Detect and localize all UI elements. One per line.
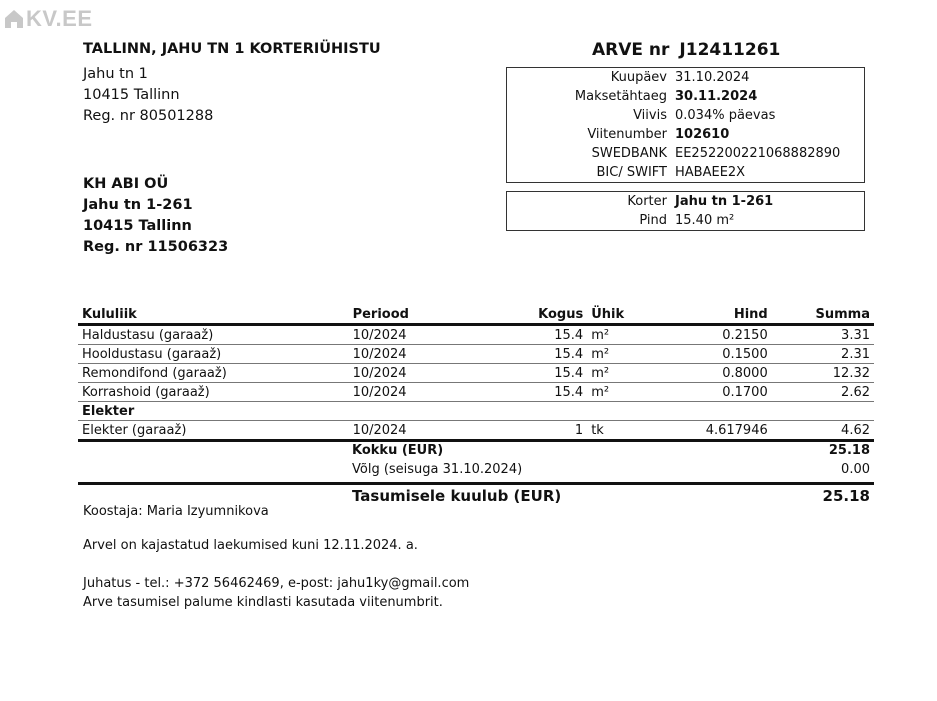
details-value: EE252200221068882890 xyxy=(675,144,864,163)
property-label: Pind xyxy=(507,211,675,230)
details-value: HABAEE2X xyxy=(675,163,864,182)
cell-period: 10/2024 xyxy=(349,421,505,441)
items-table: Kululiik Periood Kogus Ühik Hind Summa H… xyxy=(78,305,874,442)
compiler-note: Koostaja: Maria Izyumnikova xyxy=(83,502,269,521)
cell-price: 0.1500 xyxy=(655,345,772,364)
details-value: 102610 xyxy=(675,125,864,144)
table-row: Elekter (garaaž)10/20241tk4.6179464.62 xyxy=(78,421,874,441)
details-label: SWEDBANK xyxy=(507,144,675,163)
cell-unit: m² xyxy=(587,325,654,345)
buyer-city: 10415 Tallinn xyxy=(83,216,228,237)
seller-name: TALLINN, JAHU TN 1 KORTERIÜHISTU xyxy=(83,41,381,57)
buyer-reg: Reg. nr 11506323 xyxy=(83,237,228,258)
details-row: Maksetähtaeg30.11.2024 xyxy=(507,87,864,106)
amount-due-label: Tasumisele kuulub (EUR) xyxy=(352,485,770,507)
table-header-row: Kululiik Periood Kogus Ühik Hind Summa xyxy=(78,305,874,325)
details-label: BIC/ SWIFT xyxy=(507,163,675,182)
debt-label: Võlg (seisuga 31.10.2024) xyxy=(352,460,770,479)
invoice-number: J12411261 xyxy=(679,40,780,60)
details-label: Viitenumber xyxy=(507,125,675,144)
col-unit: Ühik xyxy=(587,305,654,325)
table-row: Korrashoid (garaaž)10/202415.4m²0.17002.… xyxy=(78,383,874,402)
cell-qty: 1 xyxy=(505,421,587,441)
subtotal-label: Kokku (EUR) xyxy=(352,441,770,460)
reference-note: Arve tasumisel palume kindlasti kasutada… xyxy=(83,593,443,612)
col-period: Periood xyxy=(349,305,505,325)
subtotal-row: Kokku (EUR) 25.18 xyxy=(78,441,874,460)
debt-amount: 0.00 xyxy=(770,460,874,479)
cell-unit: m² xyxy=(587,345,654,364)
cell-qty: 15.4 xyxy=(505,325,587,345)
property-value: 15.40 m² xyxy=(675,211,864,230)
group-label: Elekter xyxy=(78,402,874,421)
watermark-text: KV.EE xyxy=(26,6,93,32)
subtotal-amount: 25.18 xyxy=(770,441,874,460)
seller-street: Jahu tn 1 xyxy=(83,64,213,85)
property-row: KorterJahu tn 1-261 xyxy=(507,192,864,211)
details-row: SWEDBANKEE252200221068882890 xyxy=(507,144,864,163)
invoice-details-box: Kuupäev31.10.2024Maksetähtaeg30.11.2024V… xyxy=(506,67,865,183)
seller-address: Jahu tn 1 10415 Tallinn Reg. nr 80501288 xyxy=(83,64,213,127)
buyer-name: KH ABI OÜ xyxy=(83,174,228,195)
watermark-logo: KV.EE xyxy=(4,6,93,32)
buyer-block: KH ABI OÜ Jahu tn 1-261 10415 Tallinn Re… xyxy=(83,174,228,258)
cell-qty: 15.4 xyxy=(505,345,587,364)
cell-name: Remondifond (garaaž) xyxy=(78,364,349,383)
debt-row: Võlg (seisuga 31.10.2024) 0.00 xyxy=(78,460,874,479)
property-label: Korter xyxy=(507,192,675,211)
property-value: Jahu tn 1-261 xyxy=(675,192,864,211)
cell-name: Hooldustasu (garaaž) xyxy=(78,345,349,364)
cell-period: 10/2024 xyxy=(349,345,505,364)
totals-block: Kokku (EUR) 25.18 Võlg (seisuga 31.10.20… xyxy=(78,441,874,507)
col-name: Kululiik xyxy=(78,305,349,325)
cell-name: Korrashoid (garaaž) xyxy=(78,383,349,402)
details-value: 31.10.2024 xyxy=(675,68,864,87)
cell-unit: m² xyxy=(587,383,654,402)
details-row: BIC/ SWIFTHABAEE2X xyxy=(507,163,864,182)
cell-sum: 4.62 xyxy=(772,421,874,441)
invoice-title-label: ARVE nr xyxy=(592,40,669,60)
cell-sum: 2.62 xyxy=(772,383,874,402)
details-value: 0.034% päevas xyxy=(675,106,864,125)
cell-qty: 15.4 xyxy=(505,383,587,402)
property-box: KorterJahu tn 1-261Pind15.40 m² xyxy=(506,191,865,231)
cell-name: Elekter (garaaž) xyxy=(78,421,349,441)
payments-note: Arvel on kajastatud laekumised kuni 12.1… xyxy=(83,536,418,555)
details-label: Maksetähtaeg xyxy=(507,87,675,106)
details-label: Kuupäev xyxy=(507,68,675,87)
seller-city: 10415 Tallinn xyxy=(83,85,213,106)
cell-sum: 2.31 xyxy=(772,345,874,364)
details-row: Kuupäev31.10.2024 xyxy=(507,68,864,87)
seller-reg: Reg. nr 80501288 xyxy=(83,106,213,127)
col-price: Hind xyxy=(655,305,772,325)
details-row: Viitenumber102610 xyxy=(507,125,864,144)
cell-unit: m² xyxy=(587,364,654,383)
details-row: Viivis0.034% päevas xyxy=(507,106,864,125)
cell-price: 0.2150 xyxy=(655,325,772,345)
table-row: Hooldustasu (garaaž)10/202415.4m²0.15002… xyxy=(78,345,874,364)
contact-line: Juhatus - tel.: +372 56462469, e-post: j… xyxy=(83,574,469,593)
property-row: Pind15.40 m² xyxy=(507,211,864,230)
cell-sum: 12.32 xyxy=(772,364,874,383)
details-label: Viivis xyxy=(507,106,675,125)
col-sum: Summa xyxy=(772,305,874,325)
amount-due: 25.18 xyxy=(770,485,874,507)
buyer-street: Jahu tn 1-261 xyxy=(83,195,228,216)
house-icon xyxy=(4,9,24,29)
cell-price: 4.617946 xyxy=(655,421,772,441)
table-row: Remondifond (garaaž)10/202415.4m²0.80001… xyxy=(78,364,874,383)
table-group-row: Elekter xyxy=(78,402,874,421)
table-row: Haldustasu (garaaž)10/202415.4m²0.21503.… xyxy=(78,325,874,345)
col-qty: Kogus xyxy=(505,305,587,325)
cell-qty: 15.4 xyxy=(505,364,587,383)
cell-name: Haldustasu (garaaž) xyxy=(78,325,349,345)
cell-period: 10/2024 xyxy=(349,364,505,383)
cell-sum: 3.31 xyxy=(772,325,874,345)
cell-price: 0.1700 xyxy=(655,383,772,402)
cell-unit: tk xyxy=(587,421,654,441)
details-value: 30.11.2024 xyxy=(675,87,864,106)
cell-price: 0.8000 xyxy=(655,364,772,383)
cell-period: 10/2024 xyxy=(349,325,505,345)
cell-period: 10/2024 xyxy=(349,383,505,402)
invoice-title: ARVE nrJ12411261 xyxy=(592,40,780,60)
